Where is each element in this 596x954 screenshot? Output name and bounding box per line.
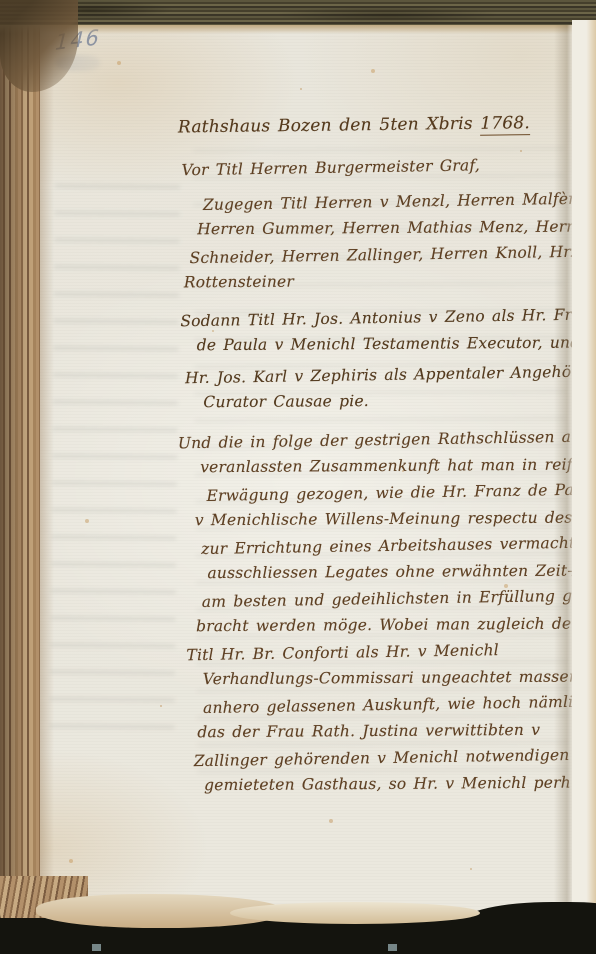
manuscript-paragraph: Vor Titl Herren Burgermeister Graf, (172, 152, 580, 183)
manuscript-line: v Menichlische Willens-Meinung respectu … (195, 505, 585, 534)
manuscript-paragraph: Zugegen Titl Herren v Menzl, Herren Malf… (173, 186, 582, 297)
manuscript-line: Curator Causae pie. (203, 387, 583, 416)
book-top-edge (0, 0, 596, 25)
manuscript-paragraph: Sodann Titl Hr. Jos. Antonius v Zeno als… (174, 302, 583, 417)
facing-page-edge (572, 20, 596, 920)
heading-date: 1768. (480, 113, 530, 136)
manuscript-line: Rottensteiner (184, 267, 582, 296)
book-spine-page-edges (0, 18, 40, 930)
page-fold-crease (554, 25, 574, 925)
manuscript-scan: 146 Rathshaus Bozen den 5ten Xbris 1768.… (0, 0, 596, 954)
bottom-page-edge (230, 902, 480, 924)
top-edge-paper-rim (0, 25, 596, 34)
manuscript-line: bracht werden möge. Wobei man zugleich d… (196, 611, 586, 640)
manuscript-line: ausschliessen Legates ohne erwähnten Zei… (207, 557, 585, 586)
manuscript-line: Herren Gummer, Herren Mathias Menz, Herr… (197, 214, 581, 243)
manuscript-line: Vor Titl Herren Burgermeister Graf, (181, 151, 580, 184)
manuscript-body: Vor Titl Herren Burgermeister Graf,Zugeg… (172, 152, 588, 800)
spine-shadow (40, 20, 54, 920)
manuscript-line: gemieteten Gasthaus, so Hr. v Menichl pe… (204, 769, 588, 798)
manuscript-text-block: Rathshaus Bozen den 5ten Xbris 1768. Vor… (172, 108, 588, 800)
manuscript-heading: Rathshaus Bozen den 5ten Xbris 1768. (178, 108, 580, 143)
manuscript-paragraph: Und die in folge der gestrigen Rathschlü… (176, 424, 589, 800)
manuscript-line: das der Frau Rath. Justina verwittibten … (197, 717, 587, 746)
manuscript-line: de Paula v Menichl Testamentis Executor,… (197, 330, 583, 359)
manuscript-line: Verhandlungs-Commissari ungeachtet masse… (203, 663, 587, 692)
scan-ruler-mark (388, 944, 397, 951)
manuscript-line: veranlassten Zusammenkunft hat man in re… (200, 452, 584, 481)
scan-ruler-mark (92, 944, 101, 951)
heading-text: Rathshaus Bozen den 5ten Xbris (178, 114, 473, 138)
